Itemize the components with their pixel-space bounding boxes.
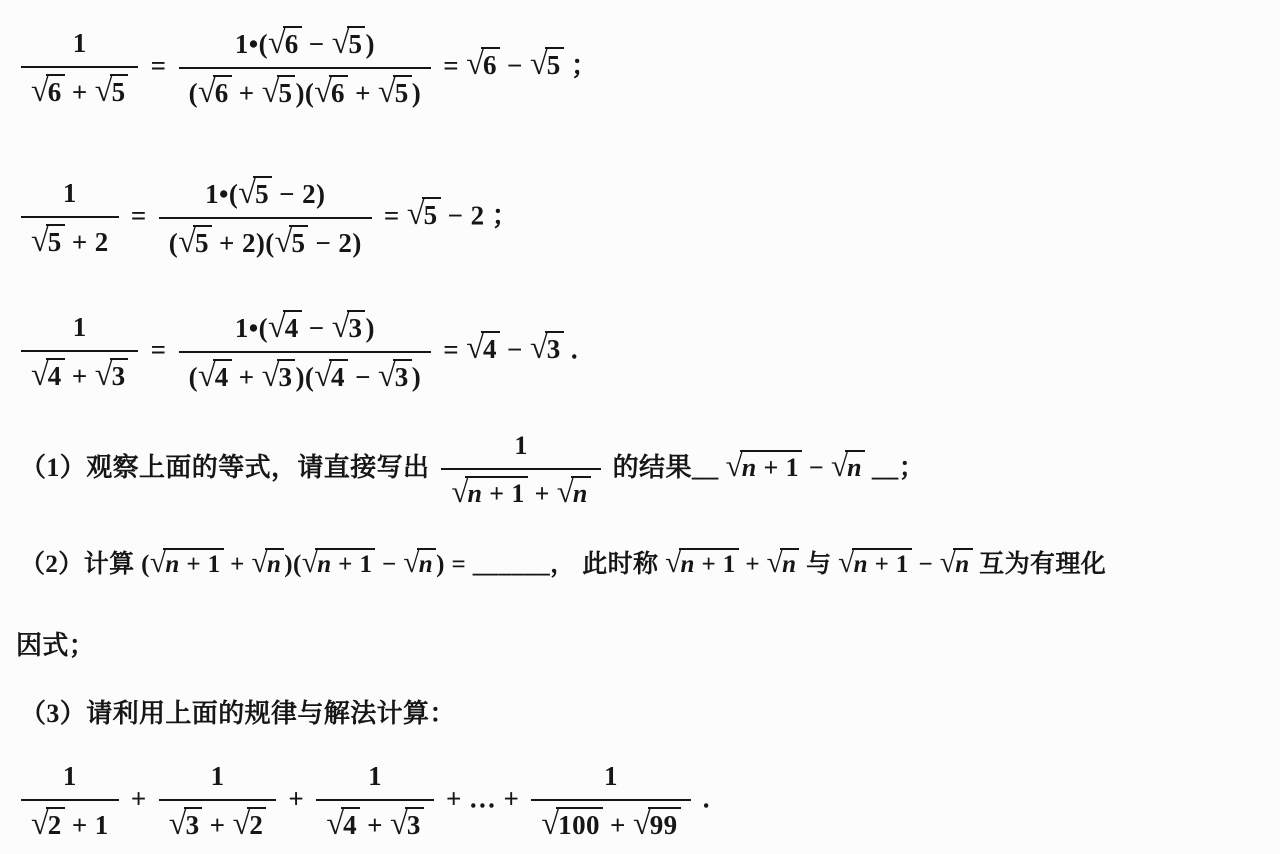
math-variable: n	[165, 551, 179, 578]
square-root: √4	[314, 362, 348, 392]
radicand: n + 1	[679, 548, 739, 580]
math-variable: n	[317, 551, 331, 578]
radicand: 3	[405, 807, 424, 841]
math-variable: n	[419, 551, 433, 578]
radicand: n	[571, 476, 591, 509]
radicand: 5	[347, 26, 366, 60]
square-root: √3	[95, 361, 129, 391]
fraction-numerator: 1	[21, 760, 119, 801]
fraction-denominator: √2 + 1	[21, 801, 119, 843]
fraction: 1•(√4 − √3)(√4 + √3)(√4 − √3)	[179, 310, 432, 395]
fraction-numerator: 1•(√4 − √3)	[179, 310, 432, 353]
radicand: n	[780, 548, 799, 580]
fraction: 1√100 + √99	[531, 760, 690, 843]
math-variable: n	[955, 551, 969, 578]
square-root: √6	[314, 78, 348, 108]
radicand: n + 1	[163, 548, 223, 580]
math-variable: n	[742, 453, 757, 482]
radicand: n	[417, 548, 436, 580]
radicand: 6	[46, 74, 65, 108]
square-root: √5	[262, 78, 296, 108]
square-root: √n	[251, 551, 284, 578]
radicand: 4	[481, 331, 500, 365]
radicand: n + 1	[740, 450, 802, 483]
radicand: 4	[46, 358, 65, 392]
math-variable: n	[467, 479, 482, 508]
square-root: √n + 1	[302, 551, 376, 578]
square-root: √n + 1	[451, 479, 527, 508]
radicand: 3	[110, 358, 129, 392]
square-root: √n	[403, 551, 436, 578]
square-root: √2	[233, 810, 267, 840]
radicand: n	[953, 548, 972, 580]
radicand: 2	[247, 807, 266, 841]
square-root: √6	[31, 77, 65, 107]
fraction: 1√5 + 2	[21, 177, 119, 260]
square-root: √2	[31, 810, 65, 840]
radicand: 3	[277, 359, 296, 393]
math-variable: n	[782, 551, 796, 578]
square-root: √5	[178, 228, 212, 258]
fraction-denominator: √6 + √5	[21, 68, 138, 110]
square-root: √4	[466, 334, 500, 364]
square-root: √6	[466, 50, 500, 80]
square-root: √4	[326, 810, 360, 840]
square-root: √3	[332, 313, 366, 343]
fraction-numerator: 1	[159, 760, 276, 801]
square-root: √4	[31, 361, 65, 391]
radicand: 4	[329, 359, 348, 393]
math-variable: n	[573, 479, 588, 508]
fraction-numerator: 1	[531, 760, 690, 801]
square-root: √n + 1	[726, 453, 802, 482]
radicand: 6	[329, 75, 348, 109]
fraction-numerator: 1	[21, 177, 119, 218]
radicand: 3	[347, 310, 366, 344]
square-root: √4	[268, 313, 302, 343]
fraction-denominator: √4 + √3	[21, 352, 138, 394]
fraction: 1√2 + 1	[21, 760, 119, 843]
radicand: 5	[277, 75, 296, 109]
square-root: √n + 1	[150, 551, 224, 578]
radicand: 5	[193, 225, 212, 259]
fraction-denominator: √3 + √2	[159, 801, 276, 843]
question-1: （1）观察上面的等式，请直接写出 1√n + 1 + √n 的结果__ √n +…	[20, 430, 925, 510]
radicand: 99	[648, 807, 681, 841]
radicand: 5	[46, 224, 65, 258]
square-root: √n	[557, 479, 591, 508]
square-root: √6	[198, 78, 232, 108]
fraction-denominator: √100 + √99	[531, 801, 690, 843]
math-variable: n	[681, 551, 695, 578]
square-root: √n	[767, 551, 800, 578]
square-root: √5	[530, 50, 564, 80]
radicand: 3	[545, 331, 564, 365]
radicand: 5	[545, 47, 564, 81]
fraction-numerator: 1	[441, 430, 600, 470]
question-2: （2）计算 (√n + 1 + √n)(√n + 1 − √n) = _____…	[20, 548, 1106, 580]
radicand: 5	[110, 74, 129, 108]
square-root: √3	[530, 334, 564, 364]
fraction-denominator: √4 + √3	[316, 801, 433, 843]
radicand: 6	[283, 26, 302, 60]
fraction: 1√4 + √3	[316, 760, 433, 843]
square-root: √99	[633, 810, 681, 840]
square-root: √100	[541, 810, 602, 840]
equation-rationalize-sqrt5-2: 1√5 + 2 = 1•(√5 − 2)(√5 + 2)(√5 − 2) = √…	[16, 176, 519, 261]
fraction: 1√3 + √2	[159, 760, 276, 843]
square-root: √n	[831, 453, 865, 482]
radicand: 2	[46, 807, 65, 841]
math-variable: n	[854, 551, 868, 578]
square-root: √5	[31, 227, 65, 257]
radicand: 3	[184, 807, 203, 841]
fraction: 1√6 + √5	[21, 27, 138, 110]
radicand: 5	[253, 176, 272, 210]
fraction: 1√n + 1 + √n	[441, 430, 600, 510]
square-root: √6	[268, 29, 302, 59]
fraction-denominator: (√6 + √5)(√6 + √5)	[179, 69, 432, 111]
fraction: 1√4 + √3	[21, 311, 138, 394]
square-root: √5	[275, 228, 309, 258]
fraction: 1•(√6 − √5)(√6 + √5)(√6 + √5)	[179, 26, 432, 111]
radicand: 4	[341, 807, 360, 841]
radicand: 4	[283, 310, 302, 344]
square-root: √n + 1	[665, 551, 739, 578]
radicand: 100	[556, 807, 603, 841]
radicand: n	[265, 548, 284, 580]
square-root: √3	[390, 810, 424, 840]
square-root: √5	[238, 179, 272, 209]
radicand: 3	[393, 359, 412, 393]
square-root: √n	[940, 551, 973, 578]
radicand: 5	[289, 225, 308, 259]
square-root: √n + 1	[838, 551, 912, 578]
square-root: √5	[95, 77, 129, 107]
fraction-numerator: 1	[316, 760, 433, 801]
radicand: 5	[422, 197, 441, 231]
radicand: n + 1	[852, 548, 912, 580]
radicand: 5	[393, 75, 412, 109]
math-worksheet-page: 1√6 + √5 = 1•(√6 − √5)(√6 + √5)(√6 + √5)…	[0, 0, 1280, 854]
square-root: √4	[198, 362, 232, 392]
radicand: n + 1	[465, 476, 527, 509]
square-root: √5	[332, 29, 366, 59]
question-3: （3）请利用上面的规律与解法计算：	[20, 698, 456, 731]
fraction-denominator: √5 + 2	[21, 218, 119, 260]
telescoping-sum-expression: 1√2 + 1 + 1√3 + √2 + 1√4 + √3 + … + 1√10…	[16, 760, 710, 843]
square-root: √3	[378, 362, 412, 392]
square-root: √3	[262, 362, 296, 392]
square-root: √5	[407, 200, 441, 230]
fraction-denominator: (√4 + √3)(√4 − √3)	[179, 353, 432, 395]
radicand: 6	[213, 75, 232, 109]
fraction-denominator: (√5 + 2)(√5 − 2)	[159, 219, 372, 261]
square-root: √3	[169, 810, 203, 840]
fraction: 1•(√5 − 2)(√5 + 2)(√5 − 2)	[159, 176, 372, 261]
question-2-continuation: 因式；	[16, 630, 95, 663]
fraction-numerator: 1•(√6 − √5)	[179, 26, 432, 69]
radicand: n + 1	[315, 548, 375, 580]
fraction-denominator: √n + 1 + √n	[441, 470, 600, 511]
equation-rationalize-sqrt4-sqrt3: 1√4 + √3 = 1•(√4 − √3)(√4 + √3)(√4 − √3)…	[16, 310, 578, 395]
math-variable: n	[267, 551, 281, 578]
equation-rationalize-sqrt6-sqrt5: 1√6 + √5 = 1•(√6 − √5)(√6 + √5)(√6 + √5)…	[16, 26, 598, 111]
math-variable: n	[847, 453, 862, 482]
radicand: 4	[213, 359, 232, 393]
fraction-numerator: 1	[21, 311, 138, 352]
fraction-numerator: 1•(√5 − 2)	[159, 176, 372, 219]
square-root: √5	[378, 78, 412, 108]
radicand: 6	[481, 47, 500, 81]
radicand: n	[845, 450, 865, 483]
fraction-numerator: 1	[21, 27, 138, 68]
